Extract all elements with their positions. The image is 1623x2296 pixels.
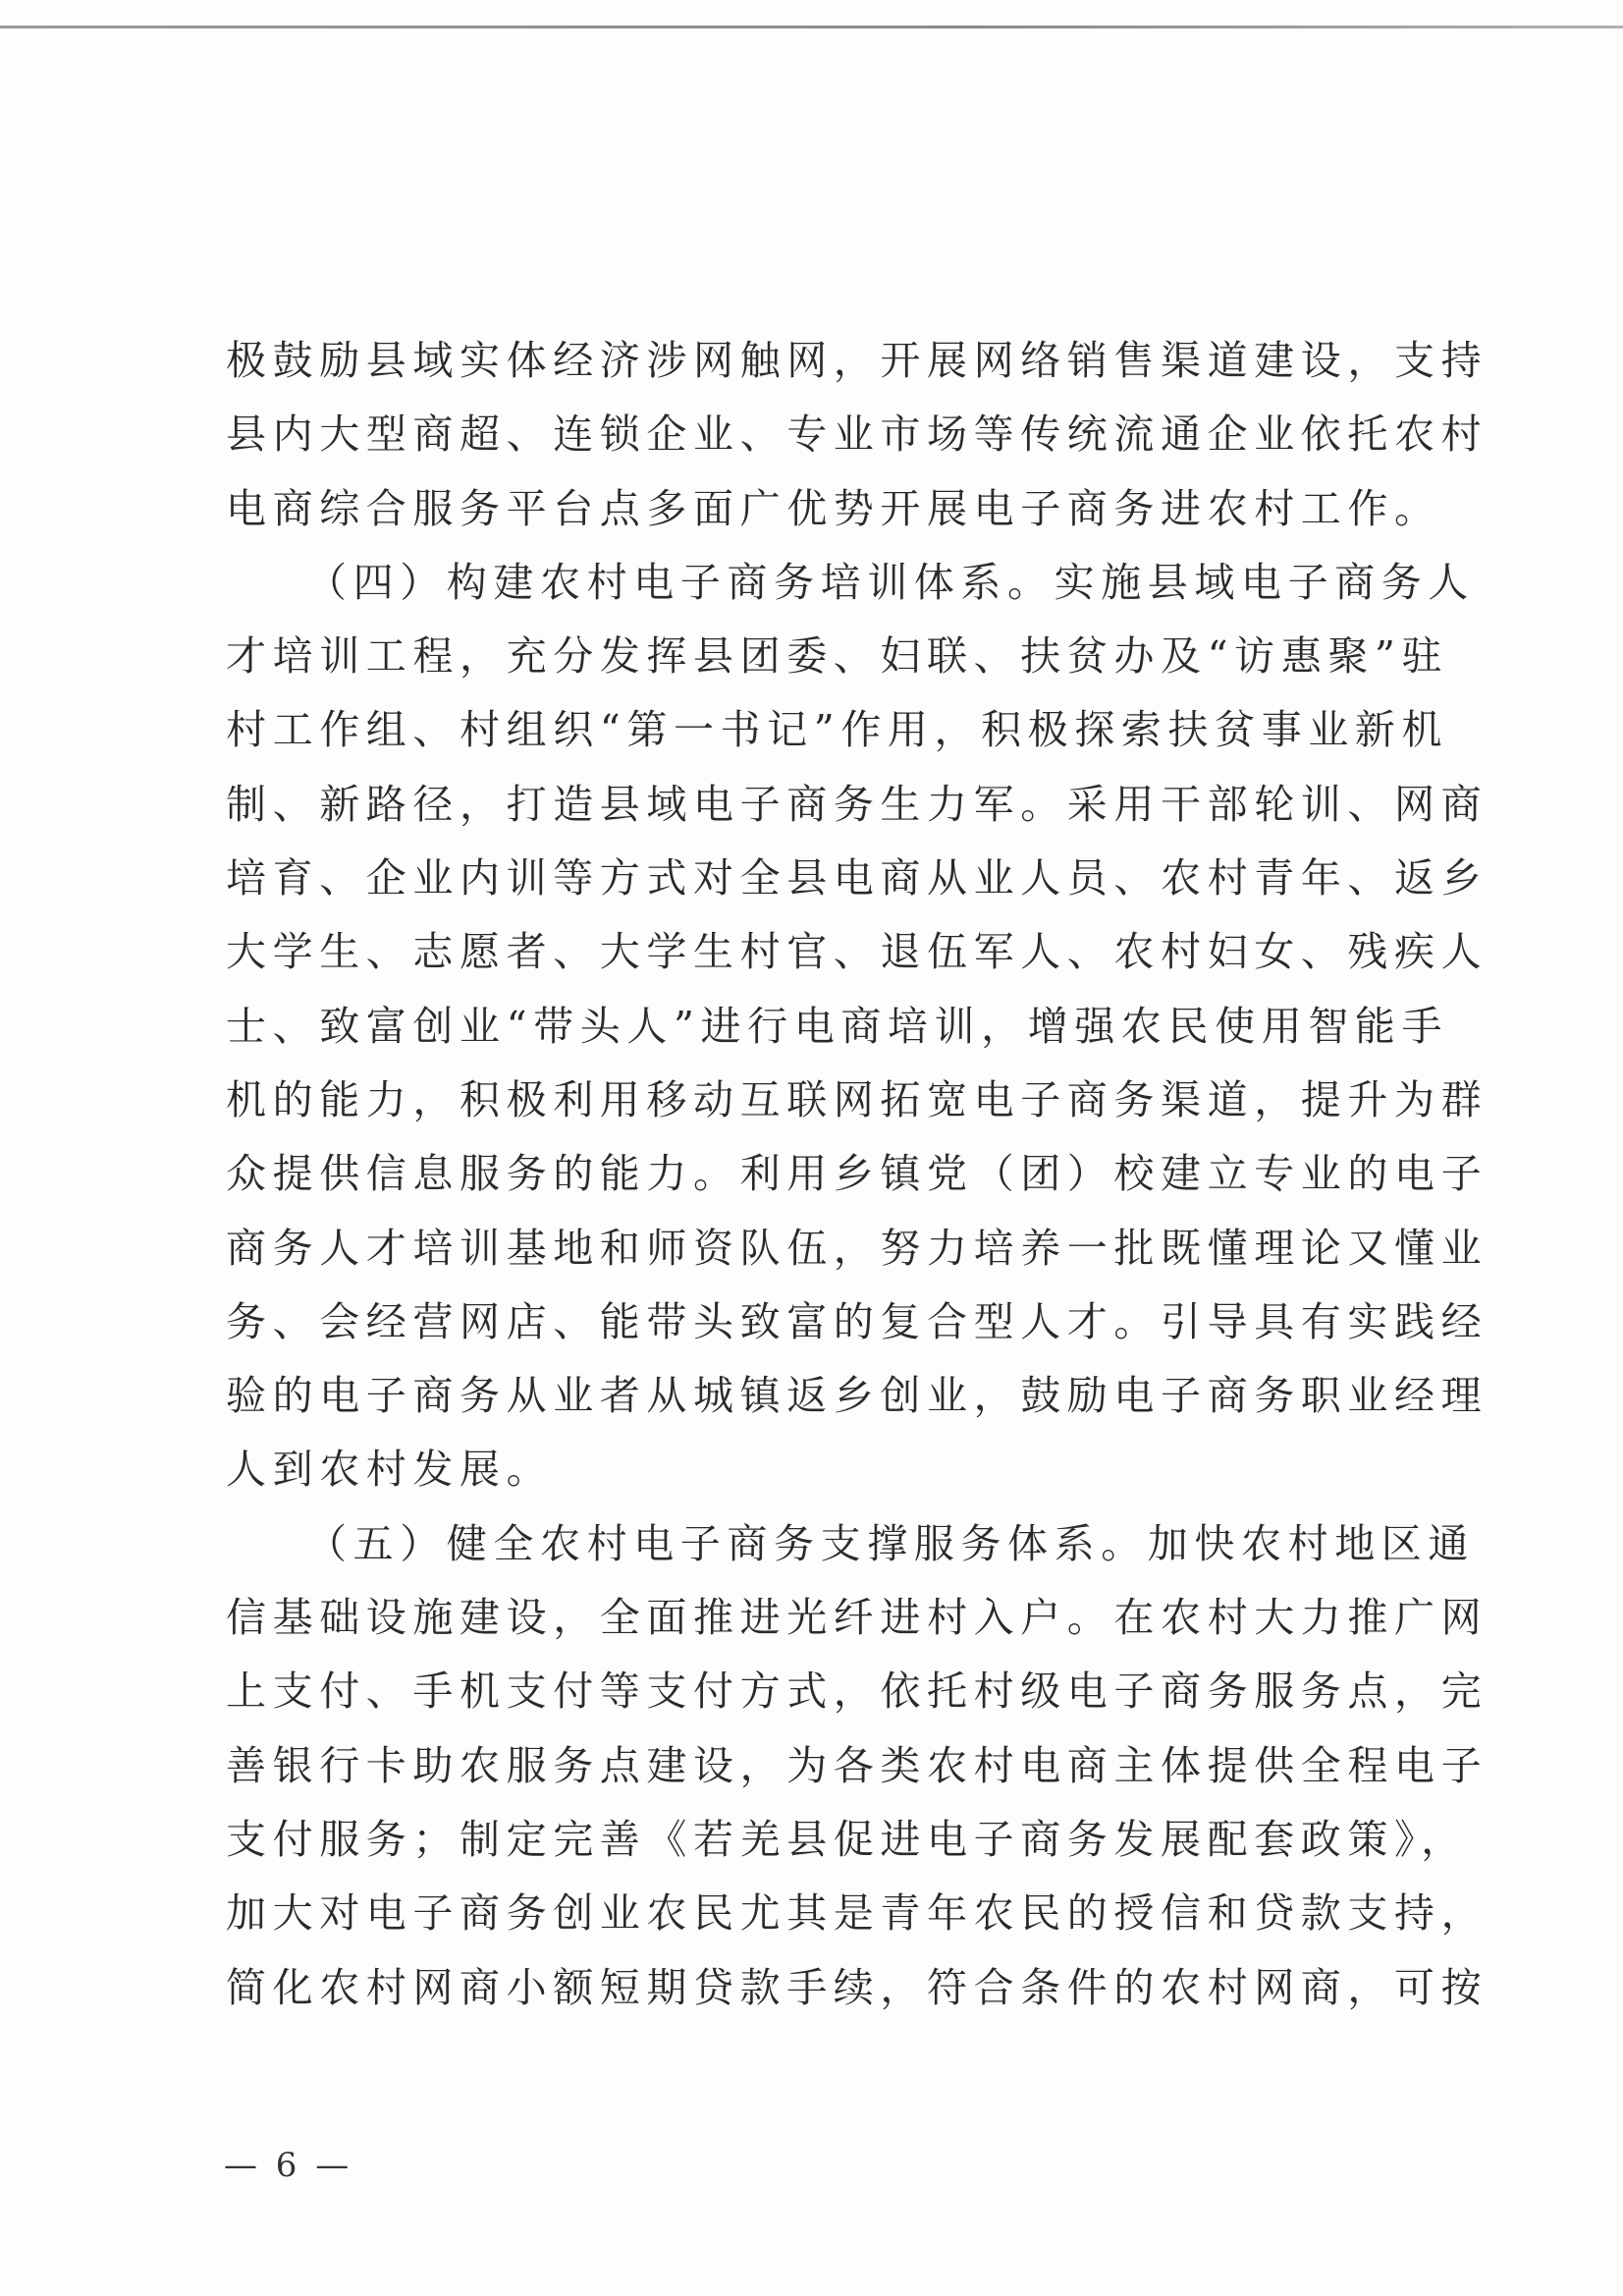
text-line: 培育、企业内训等方式对全县电商从业人员、农村青年、返乡 — [226, 842, 1429, 915]
header-rule — [0, 26, 1623, 28]
text-line: 人到农村发展。 — [226, 1433, 1429, 1506]
text-line: 制、新路径，打造县域电子商务生力军。采用干部轮训、网商 — [226, 768, 1429, 842]
text-line: 村工作组、村组织“第一书记”作用，积极探索扶贫事业新机 — [226, 693, 1429, 767]
text-line: 务、会经营网店、能带头致富的复合型人才。引导具有实践经 — [226, 1285, 1429, 1359]
section-heading-5: （五）健全农村电子商务支撑服务体系。加快农村地区通 — [226, 1507, 1429, 1581]
page-number: — 6 — — [224, 2146, 352, 2185]
text-line: 加大对电子商务创业农民尤其是青年农民的授信和贷款支持， — [226, 1877, 1429, 1950]
text-line: 信基础设施建设，全面推进光纤进村入户。在农村大力推广网 — [226, 1581, 1429, 1655]
text-line: 善银行卡助农服务点建设，为各类农村电商主体提供全程电子 — [226, 1729, 1429, 1803]
text-line: 上支付、手机支付等支付方式，依托村级电子商务服务点，完 — [226, 1655, 1429, 1728]
section-heading-4: （四）构建农村电子商务培训体系。实施县域电子商务人 — [226, 546, 1429, 620]
document-body: 极鼓励县域实体经济涉网触网，开展网络销售渠道建设，支持 县内大型商超、连锁企业、… — [226, 324, 1429, 2025]
text-line: 验的电子商务从业者从城镇返乡创业，鼓励电子商务职业经理 — [226, 1359, 1429, 1433]
text-line: 商务人才培训基地和师资队伍，努力培养一批既懂理论又懂业 — [226, 1212, 1429, 1285]
text-line: 众提供信息服务的能力。利用乡镇党（团）校建立专业的电子 — [226, 1137, 1429, 1211]
text-line: 极鼓励县域实体经济涉网触网，开展网络销售渠道建设，支持 — [226, 324, 1429, 398]
text-line: 电商综合服务平台点多面广优势开展电子商务进农村工作。 — [226, 472, 1429, 546]
text-line: 大学生、志愿者、大学生村官、退伍军人、农村妇女、残疾人 — [226, 915, 1429, 989]
text-line: 机的能力，积极利用移动互联网拓宽电子商务渠道，提升为群 — [226, 1064, 1429, 1137]
text-line: 支付服务；制定完善《若羌县促进电子商务发展配套政策》， — [226, 1803, 1429, 1877]
text-line: 才培训工程，充分发挥县团委、妇联、扶贫办及“访惠聚”驻 — [226, 620, 1429, 693]
text-line: 县内大型商超、连锁企业、专业市场等传统流通企业依托农村 — [226, 398, 1429, 471]
text-line: 简化农村网商小额短期贷款手续，符合条件的农村网商，可按 — [226, 1951, 1429, 2025]
text-line: 士、致富创业“带头人”进行电商培训，增强农民使用智能手 — [226, 990, 1429, 1064]
